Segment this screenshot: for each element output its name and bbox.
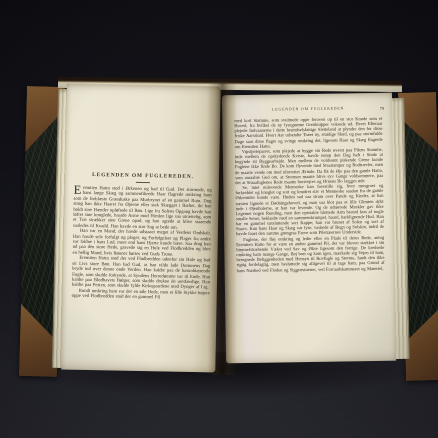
page-number: 79 <box>380 106 384 111</box>
photo-of-open-book: LEGENDEN OM FUGLEREDEN. Eremiten Hatto s… <box>0 0 438 438</box>
body-paragraph: Eremiten Hatto stod i Ørkenen og bad til… <box>73 186 212 232</box>
paragraph-text: remiten Hatto stod i Ørkenen og bad til … <box>73 186 212 231</box>
body-paragraph: med kort Stamme, som svulmede oppe forov… <box>234 116 382 149</box>
body-paragraph: Han var en Mand, der havde udstaaet mege… <box>72 229 210 259</box>
body-paragraph: Vipstjerteparret, som plejede at bygge s… <box>235 147 384 185</box>
left-page: LEGENDEN OM FUGLEREDEN. Eremiten Hatto s… <box>61 84 220 373</box>
running-header: LEGENDEN OM FUGLEREDEN 79 <box>234 106 382 113</box>
right-page-text-block: LEGENDEN OM FUGLEREDEN 79 med kort Stamm… <box>234 106 385 273</box>
body-paragraph: Eremiten Hatto stod der ved Flodbredden … <box>72 256 211 291</box>
drop-cap-initial: E <box>74 186 83 196</box>
body-paragraph: Rundt omkring ham var der en øde Hede, m… <box>72 288 210 301</box>
body-paragraph: Se, intet nulevende Menneske kan foresti… <box>235 183 384 237</box>
right-page: LEGENDEN OM FUGLEREDEN 79 med kort Stamm… <box>222 93 396 364</box>
body-paragraph: Fuglene, der fløj omkring og ledte efter… <box>236 234 385 272</box>
running-header-title: LEGENDEN OM FUGLEREDEN <box>272 106 344 111</box>
chapter-title: LEGENDEN OM FUGLEREDEN. <box>74 172 212 181</box>
heading-rule <box>136 182 150 183</box>
left-page-text-block: LEGENDEN OM FUGLEREDEN. Eremiten Hatto s… <box>72 172 212 302</box>
